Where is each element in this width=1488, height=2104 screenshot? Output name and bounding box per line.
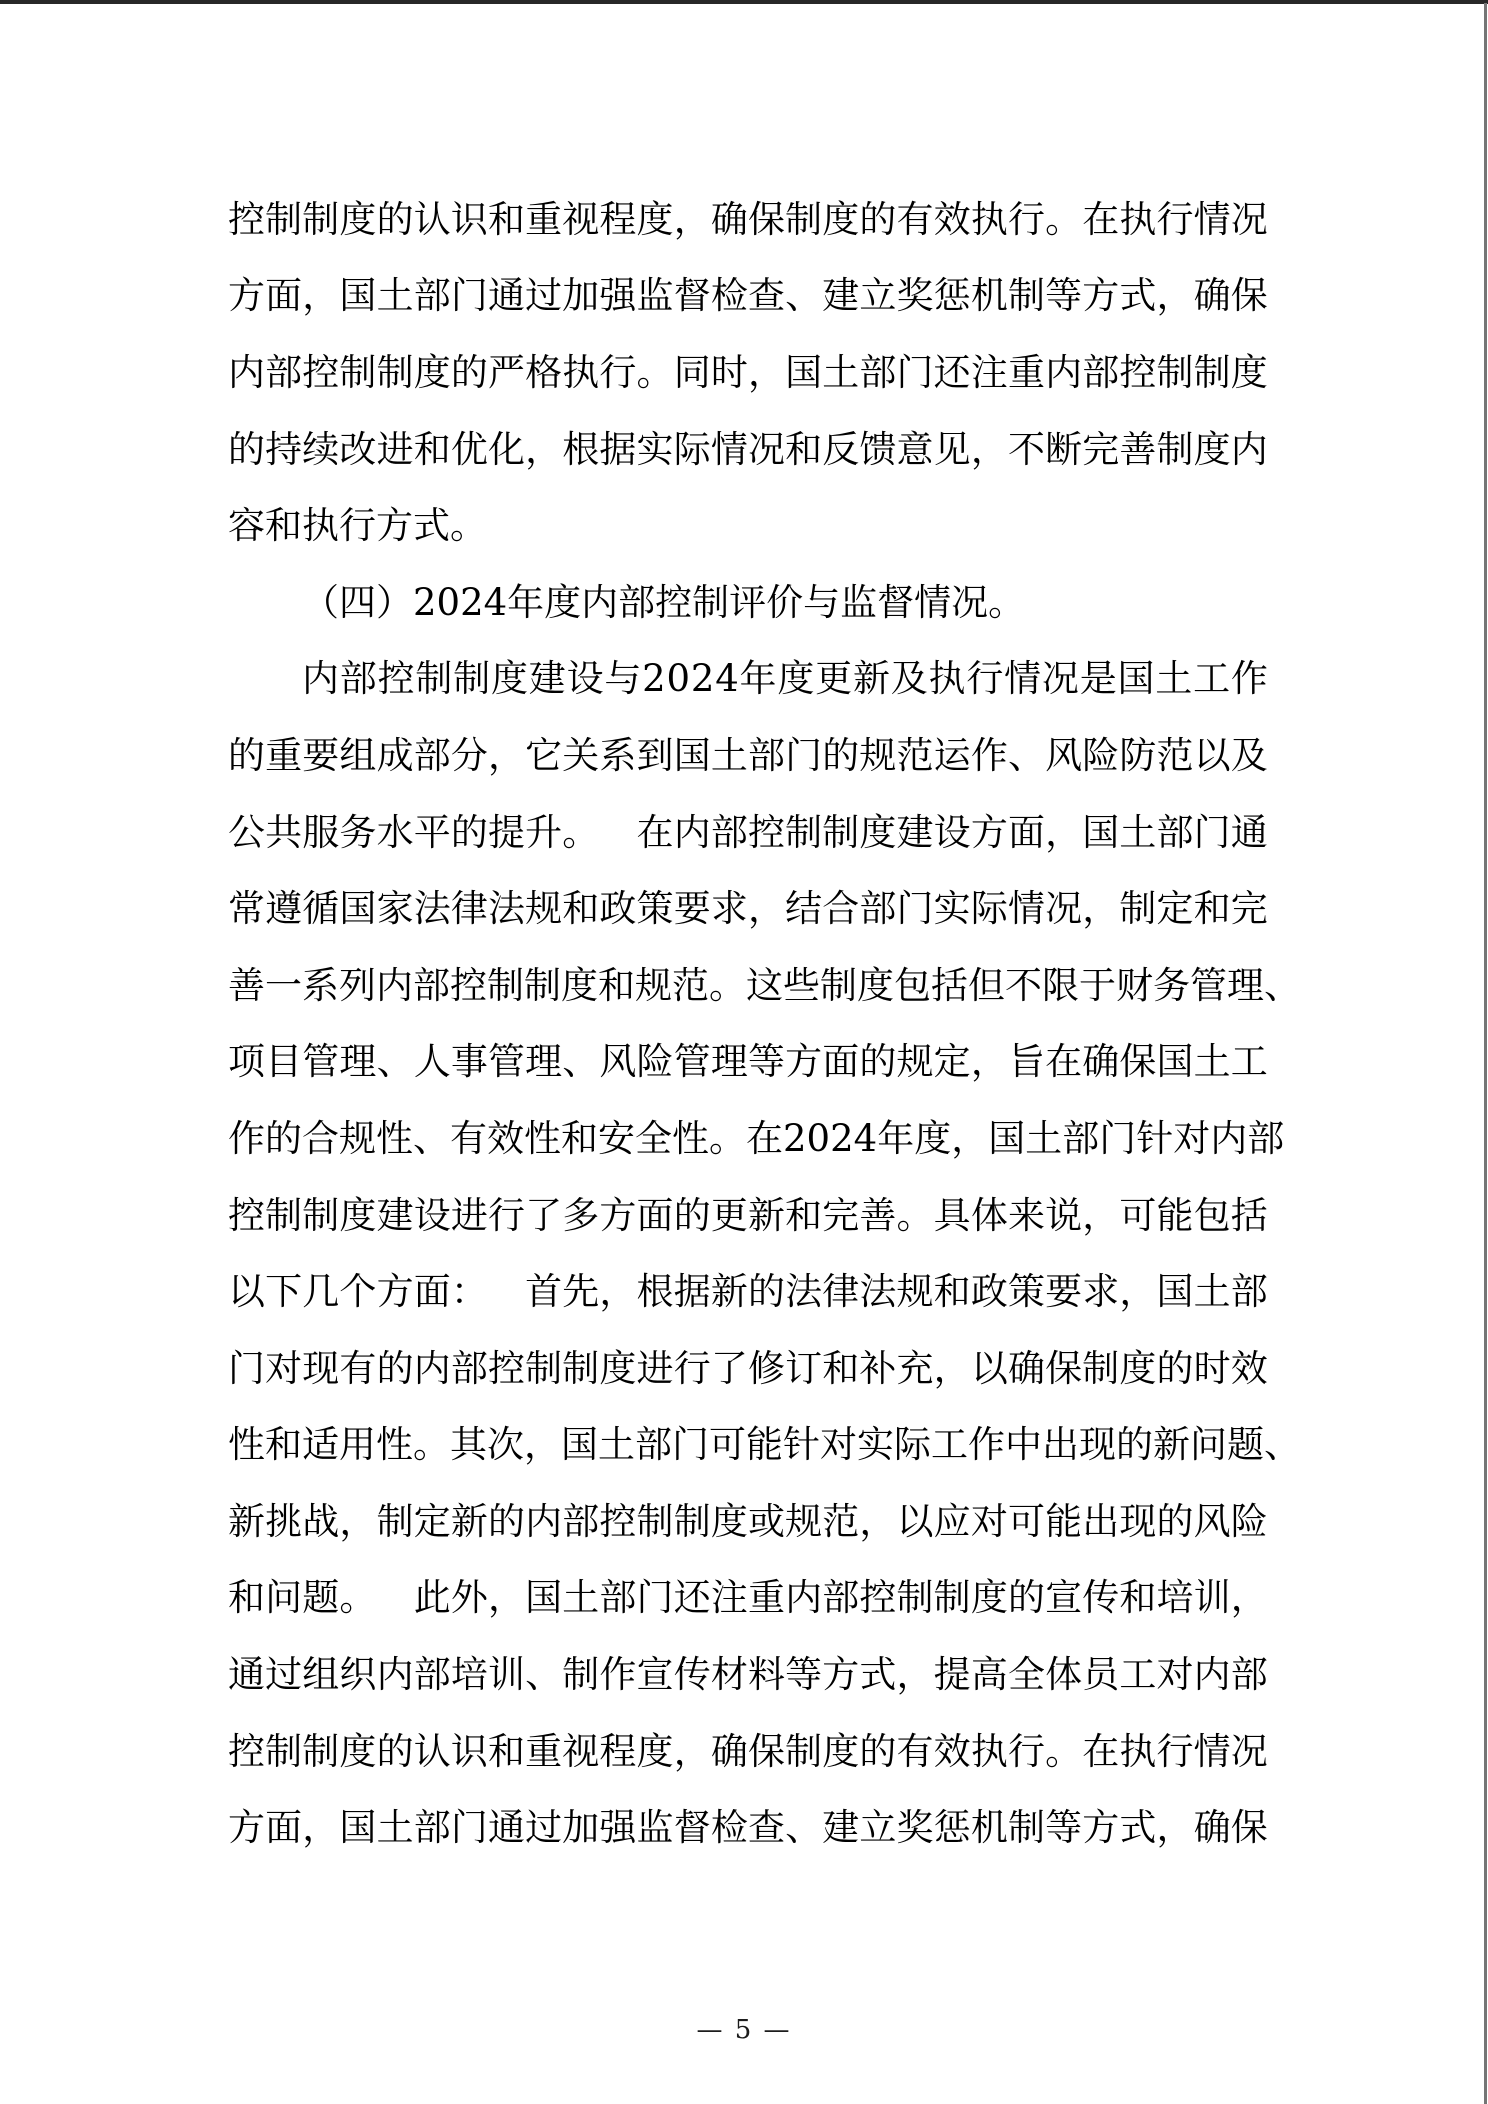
glyph: 门 xyxy=(1099,1120,1136,1157)
glyph: 重 xyxy=(1008,354,1045,391)
glyph: 包 xyxy=(1194,1197,1231,1234)
glyph: 在 xyxy=(1082,1733,1119,1770)
glyph: 和 xyxy=(561,1120,598,1157)
glyph: 是 xyxy=(1080,660,1117,697)
glyph: 制 xyxy=(934,1579,971,1616)
glyph: 方 xyxy=(1082,1809,1119,1846)
glyph: 水 xyxy=(377,814,414,851)
glyph: ， xyxy=(488,1579,525,1616)
glyph: 见 xyxy=(934,431,971,468)
glyph: 建 xyxy=(822,277,859,314)
glyph: 补 xyxy=(859,1350,896,1387)
glyph: 控 xyxy=(228,1197,265,1234)
glyph: 风 xyxy=(1194,1503,1231,1540)
glyph: 的 xyxy=(451,814,488,851)
glyph: 材 xyxy=(711,1656,748,1693)
glyph: 工 xyxy=(931,1426,968,1463)
glyph: 的 xyxy=(674,1197,711,1234)
glyph: 等 xyxy=(785,1656,822,1693)
glyph: 格 xyxy=(525,354,562,391)
glyph: 了 xyxy=(711,1350,748,1387)
glyph: 目 xyxy=(265,1043,302,1080)
glyph: 作 xyxy=(228,1120,265,1157)
glyph: 面 xyxy=(1008,814,1045,851)
glyph: 工 xyxy=(1193,660,1230,697)
glyph: 控 xyxy=(1119,354,1156,391)
glyph: 管 xyxy=(1190,967,1227,1004)
glyph: 土 xyxy=(822,354,859,391)
glyph: 和 xyxy=(228,1579,265,1616)
glyph: 保 xyxy=(1231,1809,1268,1846)
glyph: 内 xyxy=(376,967,413,1004)
glyph: 新 xyxy=(748,1197,785,1234)
glyph: 。 xyxy=(562,814,599,851)
glyph: 面 xyxy=(265,1809,302,1846)
glyph: 强 xyxy=(599,277,636,314)
glyph: ， xyxy=(1082,890,1119,927)
glyph: 国 xyxy=(674,737,711,774)
glyph: 实 xyxy=(857,1426,894,1463)
glyph: 安 xyxy=(598,1120,635,1157)
glyph: 检 xyxy=(711,1809,748,1846)
glyph: 部 xyxy=(1157,814,1194,851)
text-line: 以下几个方面：首先，根据新的法律法规和政策要求，国土部 xyxy=(228,1253,1268,1330)
glyph: 部 xyxy=(265,354,302,391)
glyph: 的 xyxy=(859,1043,896,1080)
glyph: 外 xyxy=(451,1579,488,1616)
glyph: 内 xyxy=(1231,431,1268,468)
glyph: ， xyxy=(1119,1273,1156,1310)
glyph: 、 xyxy=(785,277,822,314)
glyph: ， xyxy=(859,1503,896,1540)
glyph: 制 xyxy=(562,1350,599,1387)
glyph: 以 xyxy=(897,1503,934,1540)
glyph: 建 xyxy=(377,1197,414,1234)
glyph: 方 xyxy=(785,1043,822,1080)
glyph: 训 xyxy=(1194,1579,1231,1616)
glyph: 多 xyxy=(562,1197,599,1234)
glyph: 和 xyxy=(414,431,451,468)
glyph: 部 xyxy=(1082,354,1119,391)
glyph: 视 xyxy=(562,1733,599,1770)
glyph: 挑 xyxy=(265,1503,302,1540)
glyph: 土 xyxy=(1119,814,1156,851)
glyph: 年 xyxy=(740,660,777,697)
glyph: 进 xyxy=(451,1197,488,1234)
glyph: 土 xyxy=(562,1579,599,1616)
glyph: 度 xyxy=(822,1733,859,1770)
glyph: 常 xyxy=(228,890,265,927)
glyph: 的 xyxy=(377,1350,414,1387)
glyph: 新 xyxy=(711,1273,748,1310)
glyph: 及 xyxy=(891,660,928,697)
glyph: 度 xyxy=(414,354,451,391)
glyph: 际 xyxy=(971,890,1008,927)
glyph: 以 xyxy=(971,1350,1008,1387)
glyph: 人 xyxy=(414,1043,451,1080)
glyph: 有 xyxy=(339,1350,376,1387)
glyph: 求 xyxy=(711,890,748,927)
glyph: 。 xyxy=(897,1197,934,1234)
glyph: 效 xyxy=(934,1733,971,1770)
glyph: 训 xyxy=(488,1656,525,1693)
glyph: 度 xyxy=(914,1120,951,1157)
glyph: 门 xyxy=(1194,814,1231,851)
glyph: 法 xyxy=(785,1273,822,1310)
glyph: ， xyxy=(1231,1579,1268,1616)
glyph: 度 xyxy=(1119,1350,1156,1387)
glyph: 度 xyxy=(711,1503,748,1540)
text-line: 的持续改进和优化，根据实际情况和反馈意见，不断完善制度内 xyxy=(228,411,1268,488)
glyph: 等 xyxy=(748,1043,785,1080)
glyph: 机 xyxy=(971,277,1008,314)
glyph: 方 xyxy=(599,1197,636,1234)
glyph: 但 xyxy=(968,967,1005,1004)
glyph: 督 xyxy=(674,277,711,314)
glyph: ， xyxy=(971,431,1008,468)
glyph: 全 xyxy=(1008,1656,1045,1693)
glyph: 政 xyxy=(971,1273,1008,1310)
glyph: 国 xyxy=(339,1809,376,1846)
glyph: 控 xyxy=(302,354,339,391)
glyph: 控 xyxy=(228,201,265,238)
glyph: 要 xyxy=(1045,1273,1082,1310)
glyph: 应 xyxy=(934,1503,971,1540)
glyph: 其 xyxy=(450,1426,487,1463)
glyph: 国 xyxy=(525,1579,562,1616)
glyph: 门 xyxy=(451,277,488,314)
glyph: 。 xyxy=(339,1579,376,1616)
glyph: 度 xyxy=(859,814,896,851)
glyph: 风 xyxy=(599,1043,636,1080)
glyph: 性 xyxy=(376,1426,413,1463)
glyph: ： xyxy=(451,1273,488,1310)
text-line: 项目管理、人事管理、风险管理等方面的规定，旨在确保国土工 xyxy=(228,1024,1268,1101)
text-line: 门对现有的内部控制制度进行了修订和补充，以确保制度的时效 xyxy=(228,1330,1268,1407)
glyph: 4 xyxy=(715,660,739,697)
glyph: 控 xyxy=(599,1503,636,1540)
glyph: 险 xyxy=(637,1043,674,1080)
glyph: 确 xyxy=(1194,277,1231,314)
glyph: 制 xyxy=(1008,1809,1045,1846)
glyph: 制 xyxy=(562,1656,599,1693)
glyph: 修 xyxy=(748,1350,785,1387)
glyph: ， xyxy=(524,1426,561,1463)
glyph: 制 xyxy=(637,1503,674,1540)
glyph: 门 xyxy=(672,1426,709,1463)
glyph: 个 xyxy=(339,1273,376,1310)
glyph: 和 xyxy=(1119,1579,1156,1616)
glyph: 进 xyxy=(377,431,414,468)
glyph: 土 xyxy=(711,737,748,774)
glyph: 断 xyxy=(1045,431,1082,468)
glyph: 过 xyxy=(525,1809,562,1846)
glyph: 题 xyxy=(1227,1426,1264,1463)
glyph: 范 xyxy=(822,1503,859,1540)
glyph: 改 xyxy=(339,431,376,468)
glyph: 部 xyxy=(414,1809,451,1846)
glyph: 等 xyxy=(1045,277,1082,314)
glyph: 规 xyxy=(635,967,672,1004)
glyph: 进 xyxy=(637,1350,674,1387)
glyph: 度 xyxy=(1231,354,1268,391)
glyph: 确 xyxy=(711,1733,748,1770)
glyph: 制 xyxy=(674,1503,711,1540)
glyph: ， xyxy=(934,1350,971,1387)
glyph: 度 xyxy=(339,201,376,238)
glyph: 方 xyxy=(822,1656,859,1693)
glyph: 制 xyxy=(785,814,822,851)
glyph: 些 xyxy=(783,967,820,1004)
glyph: 系 xyxy=(599,737,636,774)
text-line: 控制制度的认识和重视程度，确保制度的有效执行。在执行情况 xyxy=(228,1713,1268,1790)
glyph: 制 xyxy=(1008,277,1045,314)
glyph: 国 xyxy=(1157,1043,1194,1080)
glyph: 注 xyxy=(971,354,1008,391)
glyph: ， xyxy=(951,1120,988,1157)
glyph: 高 xyxy=(971,1656,1008,1693)
glyph: 确 xyxy=(1008,1350,1045,1387)
glyph: 方 xyxy=(228,277,265,314)
glyph: 循 xyxy=(302,890,339,927)
glyph: 定 xyxy=(414,1503,451,1540)
glyph: 新 xyxy=(1153,1426,1190,1463)
glyph: 作 xyxy=(599,1656,636,1693)
window-top-border xyxy=(0,0,1488,4)
glyph: 部 xyxy=(414,1656,451,1693)
glyph: 来 xyxy=(1008,1197,1045,1234)
glyph: 法 xyxy=(414,890,451,927)
glyph: 善 xyxy=(228,967,265,1004)
glyph: 优 xyxy=(451,431,488,468)
glyph: 和 xyxy=(934,1273,971,1310)
glyph: 可 xyxy=(1119,1197,1156,1234)
glyph: 内 xyxy=(1045,354,1082,391)
page-number: — 5 — xyxy=(0,2010,1488,2050)
glyph: 分 xyxy=(451,737,488,774)
glyph: 惩 xyxy=(934,277,971,314)
glyph: 度 xyxy=(971,1579,1008,1616)
glyph: 财 xyxy=(1116,967,1153,1004)
glyph: 0 xyxy=(807,1120,831,1157)
glyph: 程 xyxy=(599,1733,636,1770)
text-line: 内部控制制度的严格执行。同时，国土部门还注重内部控制制度 xyxy=(228,334,1268,411)
glyph: 度 xyxy=(339,1197,376,1234)
glyph: 料 xyxy=(748,1656,785,1693)
glyph: 土 xyxy=(377,277,414,314)
glyph: 根 xyxy=(562,431,599,468)
glyph: 年 xyxy=(877,1120,914,1157)
glyph: 过 xyxy=(525,277,562,314)
glyph: 管 xyxy=(674,1043,711,1080)
text-line: 控制制度的认识和重视程度，确保制度的有效执行。在执行情况 xyxy=(228,181,1268,258)
glyph: 况 xyxy=(1045,890,1082,927)
glyph: 部 xyxy=(451,1350,488,1387)
glyph: 重 xyxy=(748,1579,785,1616)
glyph: 战 xyxy=(302,1503,339,1540)
glyph: 度 xyxy=(822,201,859,238)
glyph: 度 xyxy=(339,1733,376,1770)
glyph: 建 xyxy=(897,814,934,851)
glyph: 的 xyxy=(377,1733,414,1770)
glyph: 执 xyxy=(929,660,966,697)
glyph: 设 xyxy=(567,660,604,697)
glyph: 认 xyxy=(414,201,451,238)
glyph: 现 xyxy=(1119,1503,1156,1540)
glyph: 执 xyxy=(1119,201,1156,238)
text-line: 和问题。此外，国土部门还注重内部控制制度的宣传和培训， xyxy=(228,1560,1268,1637)
window-right-border xyxy=(1484,3,1487,2104)
glyph: 出 xyxy=(1042,1426,1079,1463)
glyph: 还 xyxy=(934,354,971,391)
glyph: 新 xyxy=(451,1503,488,1540)
text-line: 善一系列内部控制制度和规范。这些制度包括但不限于财务管理、 xyxy=(228,947,1268,1024)
text-line: （四）2024年度内部控制评价与监督情况。 xyxy=(228,564,1268,641)
glyph: 方 xyxy=(377,1273,414,1310)
glyph: 建 xyxy=(822,1809,859,1846)
glyph: 反 xyxy=(822,431,859,468)
glyph: 效 xyxy=(1231,1350,1268,1387)
glyph: 部 xyxy=(1231,1656,1268,1693)
glyph: 制 xyxy=(1119,890,1156,927)
glyph: 内 xyxy=(302,660,339,697)
text-line: 常遵循国家法律法规和政策要求，结合部门实际情况，制定和完 xyxy=(228,870,1268,947)
glyph: 完 xyxy=(1082,431,1119,468)
glyph: 制 xyxy=(820,967,857,1004)
glyph: 的 xyxy=(1157,1503,1194,1540)
glyph: 时 xyxy=(711,354,748,391)
glyph: 包 xyxy=(894,967,931,1004)
glyph: 式 xyxy=(1119,277,1156,314)
glyph: ， xyxy=(1045,814,1082,851)
glyph: 部 xyxy=(413,967,450,1004)
glyph: 全 xyxy=(635,1120,672,1157)
glyph: 保 xyxy=(748,201,785,238)
text-line: 性和适用性。其次，国土部门可能针对实际工作中出现的新问题、 xyxy=(228,1407,1268,1484)
glyph: 通 xyxy=(488,277,525,314)
glyph: 行 xyxy=(1008,201,1045,238)
glyph: 强 xyxy=(599,1809,636,1846)
glyph: 和 xyxy=(488,1733,525,1770)
glyph: 部 xyxy=(822,1579,859,1616)
glyph: 制 xyxy=(1194,354,1231,391)
glyph: 法 xyxy=(488,890,525,927)
glyph: 部 xyxy=(414,737,451,774)
glyph: 的 xyxy=(1008,1579,1045,1616)
glyph: 制 xyxy=(265,1733,302,1770)
glyph: 机 xyxy=(971,1809,1008,1846)
glyph: 执 xyxy=(971,1733,1008,1770)
glyph: 具 xyxy=(934,1197,971,1234)
glyph: 国 xyxy=(1082,814,1119,851)
glyph: 部 xyxy=(340,660,377,697)
glyph: 立 xyxy=(859,1809,896,1846)
glyph: 宣 xyxy=(637,1656,674,1693)
glyph: 控 xyxy=(378,660,415,697)
glyph: 内 xyxy=(1210,1120,1247,1157)
glyph: 现 xyxy=(1079,1426,1116,1463)
glyph: 制 xyxy=(377,1503,414,1540)
glyph: 确 xyxy=(711,201,748,238)
glyph: 订 xyxy=(785,1350,822,1387)
glyph: 事 xyxy=(451,1043,488,1080)
glyph: 的 xyxy=(859,201,896,238)
glyph: 建 xyxy=(529,660,566,697)
glyph: 规 xyxy=(339,1120,376,1157)
glyph: 督 xyxy=(674,1809,711,1846)
glyph: 行 xyxy=(1157,201,1194,238)
glyph: 国 xyxy=(339,277,376,314)
glyph: 制 xyxy=(302,1197,339,1234)
glyph: 行 xyxy=(1157,1733,1194,1770)
glyph: 的 xyxy=(228,737,265,774)
glyph: 充 xyxy=(897,1350,934,1387)
glyph: 的 xyxy=(488,1503,525,1540)
glyph: 0 xyxy=(667,660,691,697)
glyph: 控 xyxy=(859,1579,896,1616)
glyph: 管 xyxy=(302,1043,339,1080)
glyph: 况 xyxy=(1042,660,1079,697)
glyph: 规 xyxy=(525,890,562,927)
glyph: 内 xyxy=(228,354,265,391)
glyph: 际 xyxy=(894,1426,931,1463)
glyph: 或 xyxy=(748,1503,785,1540)
glyph: 中 xyxy=(1005,1426,1042,1463)
glyph: 设 xyxy=(414,1197,451,1234)
glyph: 。 xyxy=(1045,1733,1082,1770)
glyph: 时 xyxy=(1194,1350,1231,1387)
glyph: 性 xyxy=(672,1120,709,1157)
glyph: 在 xyxy=(637,814,674,851)
text-line: 通过组织内部培训、制作宣传材料等方式，提高全体员工对内部 xyxy=(228,1636,1268,1713)
glyph: 法 xyxy=(859,1273,896,1310)
glyph: 国 xyxy=(785,354,822,391)
glyph: 方 xyxy=(971,814,1008,851)
glyph: 部 xyxy=(1062,1120,1099,1157)
glyph: 重 xyxy=(525,201,562,238)
glyph: 度 xyxy=(857,967,894,1004)
glyph: 、 xyxy=(562,1043,599,1080)
glyph: 问 xyxy=(1190,1426,1227,1463)
glyph: 和 xyxy=(265,1426,302,1463)
glyph: 度 xyxy=(561,967,598,1004)
glyph: 据 xyxy=(674,1273,711,1310)
glyph: 性 xyxy=(228,1426,265,1463)
glyph: 和 xyxy=(822,1350,859,1387)
glyph: 防 xyxy=(1119,737,1156,774)
glyph: 况 xyxy=(1231,1733,1268,1770)
text-line: 方面，国土部门通过加强监督检查、建立奖惩机制等方式，确保 xyxy=(228,258,1268,335)
glyph: 况 xyxy=(1231,201,1268,238)
glyph: 组 xyxy=(302,1656,339,1693)
glyph: 首 xyxy=(525,1273,562,1310)
glyph: 的 xyxy=(1157,1350,1194,1387)
glyph: 规 xyxy=(897,1043,934,1080)
glyph: 有 xyxy=(897,201,934,238)
glyph: 结 xyxy=(785,890,822,927)
glyph: 门 xyxy=(897,354,934,391)
glyph: 制 xyxy=(524,967,561,1004)
glyph: 效 xyxy=(934,201,971,238)
glyph: 认 xyxy=(414,1733,451,1770)
glyph: 保 xyxy=(1231,277,1268,314)
glyph: 在 xyxy=(746,1120,783,1157)
glyph: 家 xyxy=(377,890,414,927)
glyph: 理 xyxy=(339,1043,376,1080)
glyph: 和 xyxy=(598,967,635,1004)
glyph: 。 xyxy=(637,354,674,391)
glyph: 规 xyxy=(859,737,896,774)
